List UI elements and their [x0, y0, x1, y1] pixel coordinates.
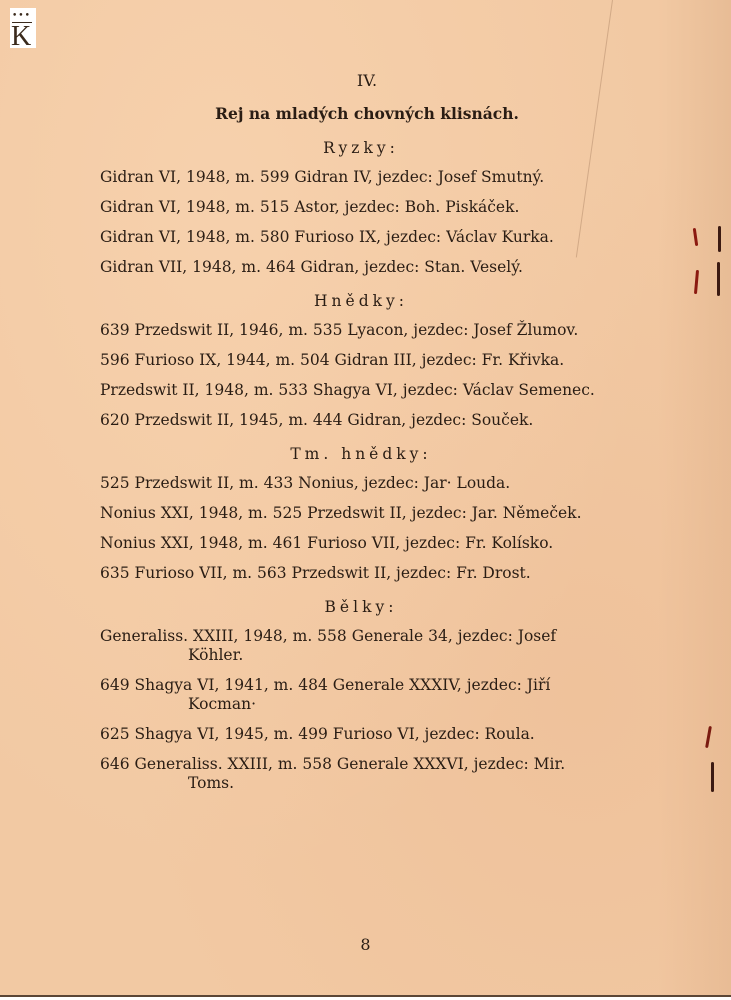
- binding-stitch-icon: [694, 270, 699, 294]
- list-item: 635 Furioso VII, m. 563 Przedswit II, je…: [100, 558, 622, 588]
- binding-stitch-icon: [705, 726, 712, 748]
- section-hnedky: Hnědky: 639 Przedswit II, 1946, m. 535 L…: [100, 286, 622, 435]
- list-item: Gidran VI, 1948, m. 580 Furioso IX, jezd…: [100, 222, 622, 252]
- entry-continuation: Toms.: [100, 774, 622, 793]
- section-heading: Tm. hnědky:: [100, 439, 622, 468]
- entry-continuation: Köhler.: [100, 646, 622, 665]
- list-item: 620 Przedswit II, 1945, m. 444 Gidran, j…: [100, 405, 622, 435]
- list-item: Gidran VI, 1948, m. 599 Gidran IV, jezde…: [100, 162, 622, 192]
- list-item: 646 Generaliss. XXIII, m. 558 Generale X…: [100, 749, 622, 798]
- list-item: Gidran VII, 1948, m. 464 Gidran, jezdec:…: [100, 252, 622, 282]
- list-item: 649 Shagya VI, 1941, m. 484 Generale XXX…: [100, 670, 622, 719]
- page-content: IV. Rej na mladých chovných klisnách. Ry…: [100, 66, 622, 798]
- entry-line: 646 Generaliss. XXIII, m. 558 Generale X…: [100, 755, 565, 773]
- chapter-title: Rej na mladých chovných klisnách.: [112, 99, 622, 129]
- binding-stitch-icon: [718, 226, 721, 252]
- binding-stitch-icon: [693, 228, 698, 246]
- list-item: 639 Przedswit II, 1946, m. 535 Lyacon, j…: [100, 315, 622, 345]
- page-number: 8: [0, 935, 731, 954]
- list-item: 596 Furioso IX, 1944, m. 504 Gidran III,…: [100, 345, 622, 375]
- list-item: Gidran VI, 1948, m. 515 Astor, jezdec: B…: [100, 192, 622, 222]
- section-heading: Hnědky:: [100, 286, 622, 315]
- entry-continuation: Kocman·: [100, 695, 622, 714]
- section-belky: Bělky: Generaliss. XXIII, 1948, m. 558 G…: [100, 592, 622, 798]
- section-heading: Ryzky:: [100, 133, 622, 162]
- crown-dots-icon: •••: [12, 12, 31, 20]
- list-item: Przedswit II, 1948, m. 533 Shagya VI, je…: [100, 375, 622, 405]
- section-ryzky: Ryzky: Gidran VI, 1948, m. 599 Gidran IV…: [100, 133, 622, 282]
- publisher-logo: ••• K: [10, 8, 36, 48]
- document-page: ••• K IV. Rej na mladých chovných klisná…: [0, 0, 731, 997]
- entry-line: Generaliss. XXIII, 1948, m. 558 Generale…: [100, 627, 556, 645]
- binding-stitch-icon: [717, 262, 720, 296]
- section-heading: Bělky:: [100, 592, 622, 621]
- list-item: 625 Shagya VI, 1945, m. 499 Furioso VI, …: [100, 719, 622, 749]
- entry-line: 649 Shagya VI, 1941, m. 484 Generale XXX…: [100, 676, 550, 694]
- section-tm-hnedky: Tm. hnědky: 525 Przedswit II, m. 433 Non…: [100, 439, 622, 588]
- list-item: Nonius XXI, 1948, m. 525 Przedswit II, j…: [100, 498, 622, 528]
- binding-stitch-icon: [711, 762, 714, 792]
- logo-letter: K: [11, 22, 31, 52]
- list-item: Generaliss. XXIII, 1948, m. 558 Generale…: [100, 621, 622, 670]
- chapter-number: IV.: [112, 66, 622, 96]
- list-item: Nonius XXI, 1948, m. 461 Furioso VII, je…: [100, 528, 622, 558]
- list-item: 525 Przedswit II, m. 433 Nonius, jezdec:…: [100, 468, 622, 498]
